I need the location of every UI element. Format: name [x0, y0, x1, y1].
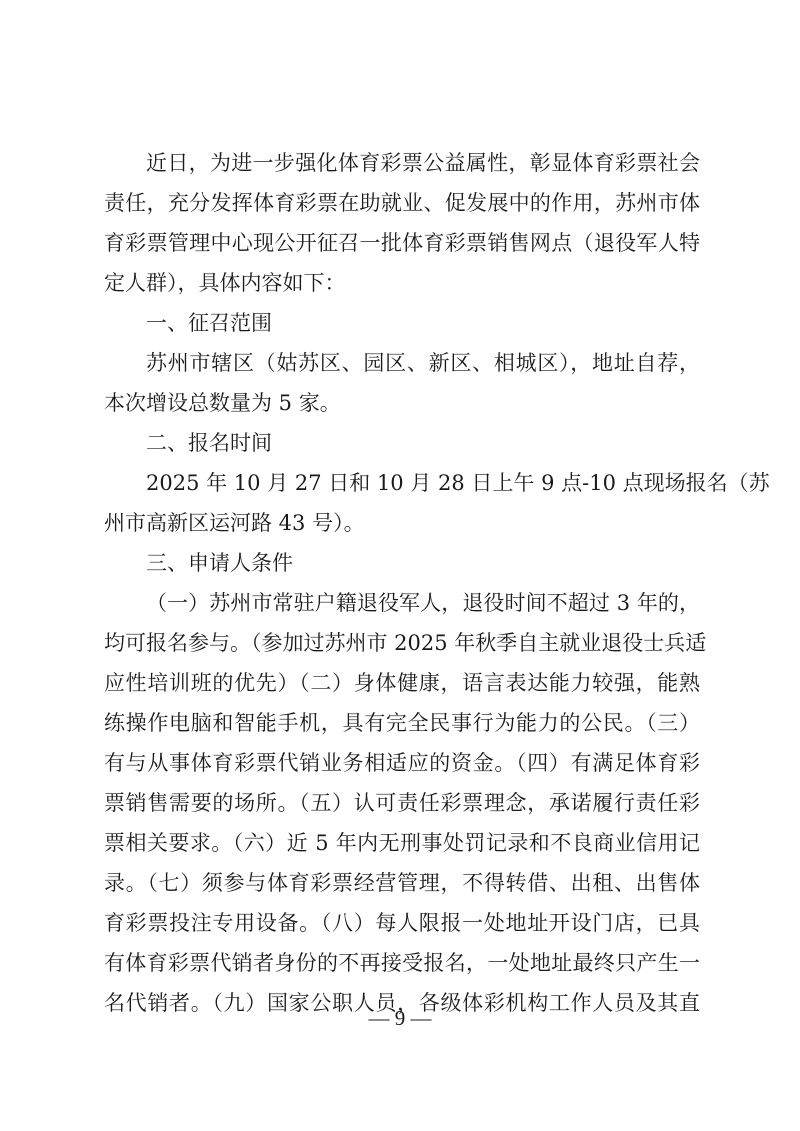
section-1-line-2: 本次增设总数量为 5 家。: [104, 383, 700, 423]
section-1-heading: 一、征召范围: [146, 303, 700, 343]
section-3-line-4: 练操作电脑和智能手机，具有完全民事行为能力的公民。（三）: [104, 703, 700, 743]
intro-line-1: 近日，为进一步强化体育彩票公益属性，彰显体育彩票社会: [146, 143, 700, 183]
section-3-line-3: 应性培训班的优先）（二）身体健康，语言表达能力较强，能熟: [104, 663, 700, 703]
section-3-line-6: 票销售需要的场所。（五）认可责任彩票理念，承诺履行责任彩: [104, 783, 700, 823]
section-2-line-2: 州市高新区运河路 43 号）。: [104, 503, 700, 543]
section-3-line-1: （一）苏州市常驻户籍退役军人，退役时间不超过 3 年的，: [146, 583, 700, 623]
intro-line-4: 定人群），具体内容如下：: [104, 263, 700, 303]
page-number: — 9 —: [0, 1000, 800, 1036]
section-3-heading: 三、申请人条件: [146, 543, 700, 583]
section-3-line-8: 录。（七）须参与体育彩票经营管理，不得转借、出租、出售体: [104, 863, 700, 903]
section-3-line-2: 均可报名参与。（参加过苏州市 2025 年秋季自主就业退役士兵适: [104, 623, 700, 663]
intro-line-2: 责任，充分发挥体育彩票在助就业、促发展中的作用，苏州市体: [104, 183, 700, 223]
section-3-line-10: 有体育彩票代销者身份的不再接受报名，一处地址最终只产生一: [104, 943, 700, 983]
section-3-line-5: 有与从事体育彩票代销业务相适应的资金。（四）有满足体育彩: [104, 743, 700, 783]
intro-line-3: 育彩票管理中心现公开征召一批体育彩票销售网点（退役军人特: [104, 223, 700, 263]
section-3-line-9: 育彩票投注专用设备。（八）每人限报一处地址开设门店，已具: [104, 903, 700, 943]
section-2-line-1: 2025 年 10 月 27 日和 10 月 28 日上午 9 点-10 点现场…: [146, 463, 700, 503]
document-page: 近日，为进一步强化体育彩票公益属性，彰显体育彩票社会 责任，充分发挥体育彩票在助…: [0, 0, 800, 1131]
section-2-heading: 二、报名时间: [146, 423, 700, 463]
section-1-line-1: 苏州市辖区（姑苏区、园区、新区、相城区），地址自荐，: [146, 343, 700, 383]
section-3-line-7: 票相关要求。（六）近 5 年内无刑事处罚记录和不良商业信用记: [104, 823, 700, 863]
